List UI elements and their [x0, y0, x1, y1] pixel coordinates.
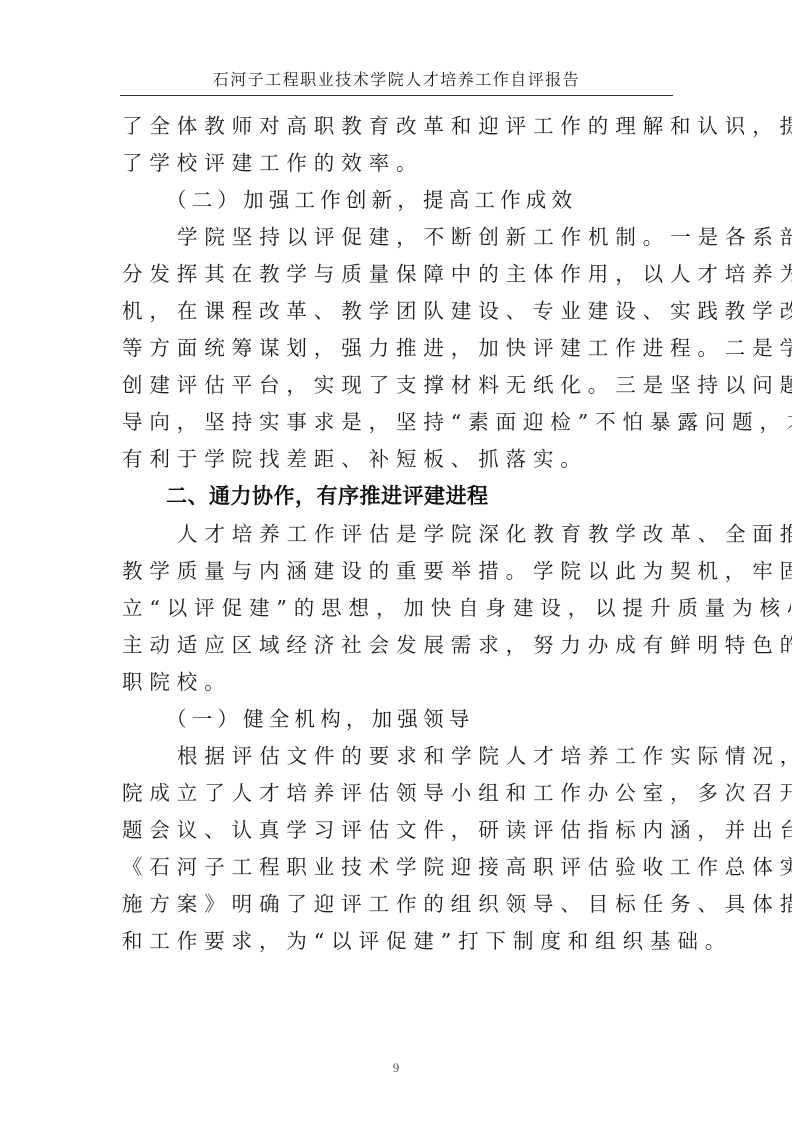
paragraph-line: 题会议、认真学习评估文件，研读评估指标内涵，并出台了 — [122, 812, 674, 849]
paragraph-line: 有利于学院找差距、补短板、抓落实。 — [122, 441, 674, 478]
paragraph-line: 职院校。 — [122, 664, 674, 701]
paragraph-line: 《石河子工程职业技术学院迎接高职评估验收工作总体实 — [122, 849, 674, 886]
document-body: 了全体教师对高职教育改革和迎评工作的理解和认识，提高 了学校评建工作的效率。 （… — [122, 108, 674, 960]
paragraph-line: 机，在课程改革、教学团队建设、专业建设、实践教学改革 — [122, 293, 674, 330]
paragraph-line: 等方面统筹谋划，强力推进，加快评建工作进程。二是学院 — [122, 330, 674, 367]
paragraph-line: 教学质量与内涵建设的重要举措。学院以此为契机，牢固树 — [122, 553, 674, 590]
running-header-title: 石河子工程职业技术学院人才培养工作自评报告 — [120, 66, 673, 96]
paragraph-line: 根据评估文件的要求和学院人才培养工作实际情况，学 — [122, 738, 674, 775]
paragraph-line: 导向，坚持实事求是，坚持“素面迎检”不怕暴露问题，才 — [122, 404, 674, 441]
paragraph-line: 主动适应区域经济社会发展需求，努力办成有鲜明特色的高 — [122, 627, 674, 664]
paragraph-line: 创建评估平台，实现了支撑材料无纸化。三是坚持以问题为 — [122, 367, 674, 404]
subsection-heading: （二）加强工作创新，提高工作成效 — [122, 182, 674, 219]
paragraph-line: 了学校评建工作的效率。 — [122, 145, 674, 182]
subsection-heading: （一）健全机构，加强领导 — [122, 701, 674, 738]
paragraph-line: 了全体教师对高职教育改革和迎评工作的理解和认识，提高 — [122, 108, 674, 145]
paragraph-line: 学院坚持以评促建，不断创新工作机制。一是各系部充 — [122, 219, 674, 256]
paragraph-line: 立“以评促建”的思想，加快自身建设，以提升质量为核心， — [122, 590, 674, 627]
paragraph-line: 分发挥其在教学与质量保障中的主体作用，以人才培养为契 — [122, 256, 674, 293]
page-number: 9 — [0, 1060, 792, 1076]
paragraph-line: 施方案》明确了迎评工作的组织领导、目标任务、具体措施 — [122, 886, 674, 923]
section-heading: 二、通力协作，有序推进评建进程 — [122, 478, 674, 515]
paragraph-line: 院成立了人才培养评估领导小组和工作办公室，多次召开专 — [122, 775, 674, 812]
paragraph-line: 和工作要求，为“以评促建”打下制度和组织基础。 — [122, 923, 674, 960]
header-divider — [120, 95, 673, 96]
paragraph-line: 人才培养工作评估是学院深化教育教学改革、全面推进 — [122, 516, 674, 553]
